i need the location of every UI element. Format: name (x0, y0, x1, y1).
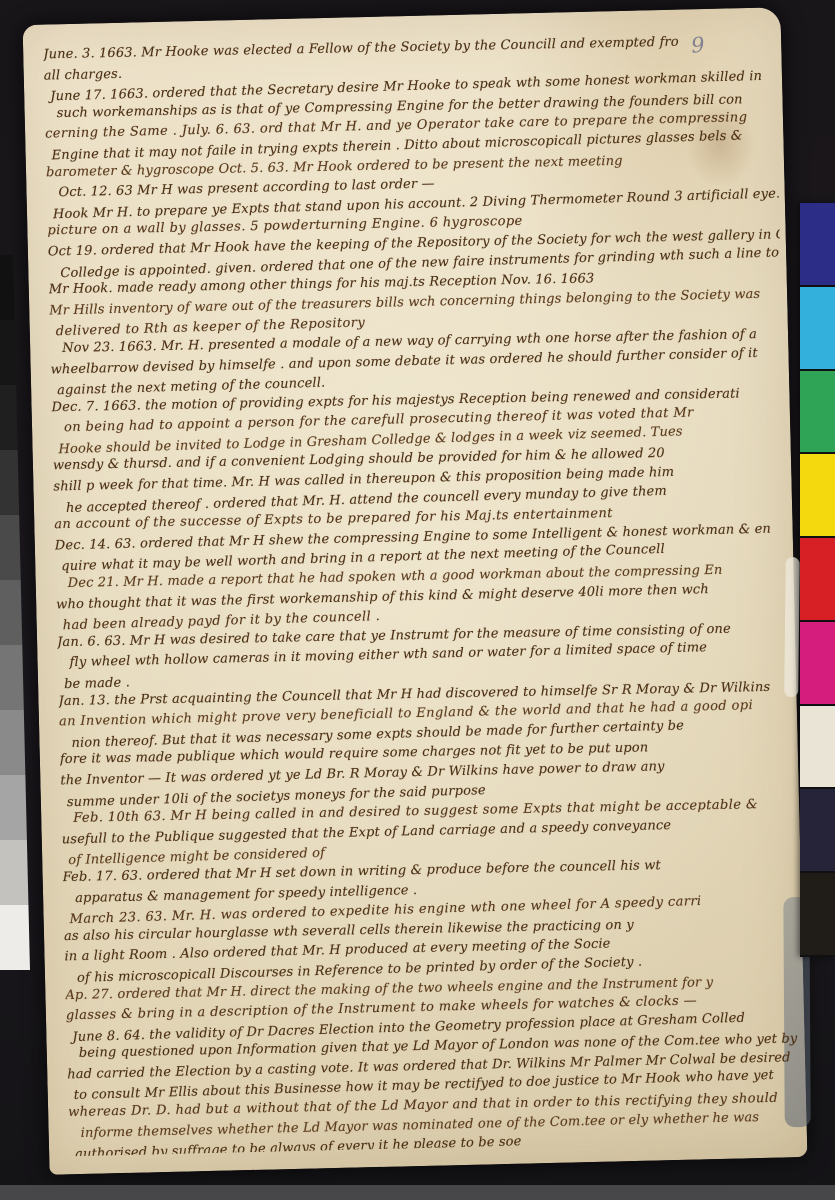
grayscale-step (0, 905, 30, 970)
color-patch (800, 371, 835, 455)
manuscript-text: June. 3. 1663. Mr Hooke was elected a Fe… (43, 29, 801, 1156)
grayscale-step (0, 450, 30, 515)
scan-bed-edge (0, 1185, 835, 1200)
grayscale-step (0, 645, 30, 710)
color-patch (800, 454, 835, 538)
color-patch (800, 622, 835, 706)
color-calibration-bar (800, 203, 835, 957)
photograph-background: 9 June. 3. 1663. Mr Hooke was elected a … (0, 0, 835, 1200)
grayscale-step (0, 255, 30, 320)
grayscale-step (0, 320, 30, 385)
color-patch (800, 203, 835, 287)
color-patch (800, 873, 835, 957)
grayscale-step (0, 840, 30, 905)
color-patch (800, 287, 835, 371)
grayscale-step (0, 710, 30, 775)
grayscale-step (0, 775, 30, 840)
grayscale-step (0, 580, 30, 645)
grayscale-step (0, 385, 30, 450)
manuscript-page: 9 June. 3. 1663. Mr Hooke was elected a … (23, 7, 808, 1175)
color-patch (800, 789, 835, 873)
color-patch (800, 538, 835, 622)
grayscale-wedge (0, 255, 30, 970)
color-patch (800, 706, 835, 790)
grayscale-step (0, 515, 30, 580)
